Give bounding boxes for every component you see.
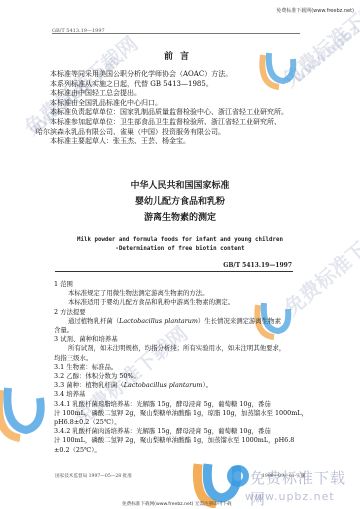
foreword-body: 本标准等同采用美国公职分析化学师协会（AOAC）方法。 本系列标准从实施之日起，… [36,70,326,147]
paragraph-cont: 含量。 [54,326,314,335]
foreword-title: 前言 [0,49,360,62]
national-standard-heading: 中华人民共和国国家标准 [0,178,360,194]
clause: 3.2 乙醇：体积分数为 50%。 [54,372,314,381]
text: 通过植物乳杆菌（ [68,317,119,325]
bottom-banner: 免费标准下载网(www.freebz.net) 无需注册即可下载 [122,501,232,507]
foreword-line: 本标准由全国乳品标准化中心归口。 [36,99,326,109]
watermark-brand-url: www.upbz.net [245,490,335,503]
foreword-line: 哈尔滨森永乳品有限公司、雀巢（中国）投资服务有限公司。 [36,128,326,138]
document-title-line1: 婴幼儿配方食品和乳粉 [0,194,360,210]
standard-code: GB/T 5413.19—1997 [223,262,292,269]
text: 3.3 菌种：植物乳杆菌（ [54,381,124,389]
foreword-line: 本标准参加起草单位：卫生部食品卫生监督检验所、浙江省轻工业研究所、 [36,118,326,128]
clause: 3.3 菌种：植物乳杆菌（Lactobacillus plantarum）。 [54,381,314,390]
title-block: 中华人民共和国国家标准 婴幼儿配方食品和乳粉 游离生物素的测定 [0,178,360,226]
clause-cont: ±0.2（25℃）。 [54,446,314,455]
clause: 3.1 生物素：标准品。 [54,363,314,372]
section-heading: 2 方法提要 [54,308,314,317]
header-rule [52,33,300,34]
clause-cont: 汁 100mL，磷酸二氢钾 2g，聚山梨糖单油酸酯 1g，琼脂 10g，加蒸馏水… [54,409,314,418]
latin-name: Lactobacillus plantarum [124,381,203,389]
clause-cont: 汁 100mL，磷酸二氢钾 2g，聚山梨糖单油酸酯 1g，加蒸馏水至 1000m… [54,436,314,445]
approval-date: 国家技术监督局 1997—05—28 批准 [55,473,132,479]
title-rule [55,271,293,272]
foreword-line: 本标准等同采用美国公职分析化学师协会（AOAC）方法。 [36,70,326,80]
foreword-line: 本标准负责起草单位：国家乳制品质量监督检验中心、浙江省轻工业研究所。 [36,108,326,118]
up-logo-icon [0,380,50,450]
english-title-line1: Milk powder and formula foods for infant… [0,236,360,245]
english-title-line2: -Determination of free biotin content [0,245,360,254]
latin-name: Lactobacillus plantarum [119,317,198,325]
top-banner: 免费标准下载网(www.freebz.net) [276,7,354,14]
paragraph: 本标准适用于婴幼儿配方食品和乳粉中游离生物素的测定。 [54,298,314,307]
document-body: 1 范围 本标准规定了用微生物法测定游离生物素的方法。 本标准适用于婴幼儿配方食… [54,280,314,455]
clause: 3.4 培养基 [54,390,314,399]
section-heading: 1 范围 [54,280,314,289]
document-title-line2: 游离生物素的测定 [0,210,360,226]
text: ）。 [202,381,212,389]
clause-cont: pH6.8±0.2（25℃）。 [54,418,314,427]
paragraph: 所有试剂，如未注明规格，均指分析纯；所有实验用水，如未注明其他要求， [54,344,314,353]
paragraph: 通过植物乳杆菌（Lactobacillus plantarum）生长情况来测定游… [54,317,314,326]
implementation-date: 1998—09—01 实施 [262,473,305,479]
paragraph-cont: 均指三级水。 [54,354,314,363]
foreword-line: 本系列标准从实施之日起，代替 GB 5413—1985。 [36,80,326,90]
english-title: Milk powder and formula foods for infant… [0,236,360,254]
clause: 3.4.1 乳酸杆菌琼脂培养基：光解胨 15g，酵母浸膏 5g，葡萄糖 10g，… [54,400,314,409]
foreword-line: 本标准由中国轻工总会提出。 [36,89,326,99]
text: ）生长情况来测定游离生物素 [198,317,281,325]
foreword-line: 本标准主要起草人：张玉杰、王芸、杨金宝。 [36,137,326,147]
